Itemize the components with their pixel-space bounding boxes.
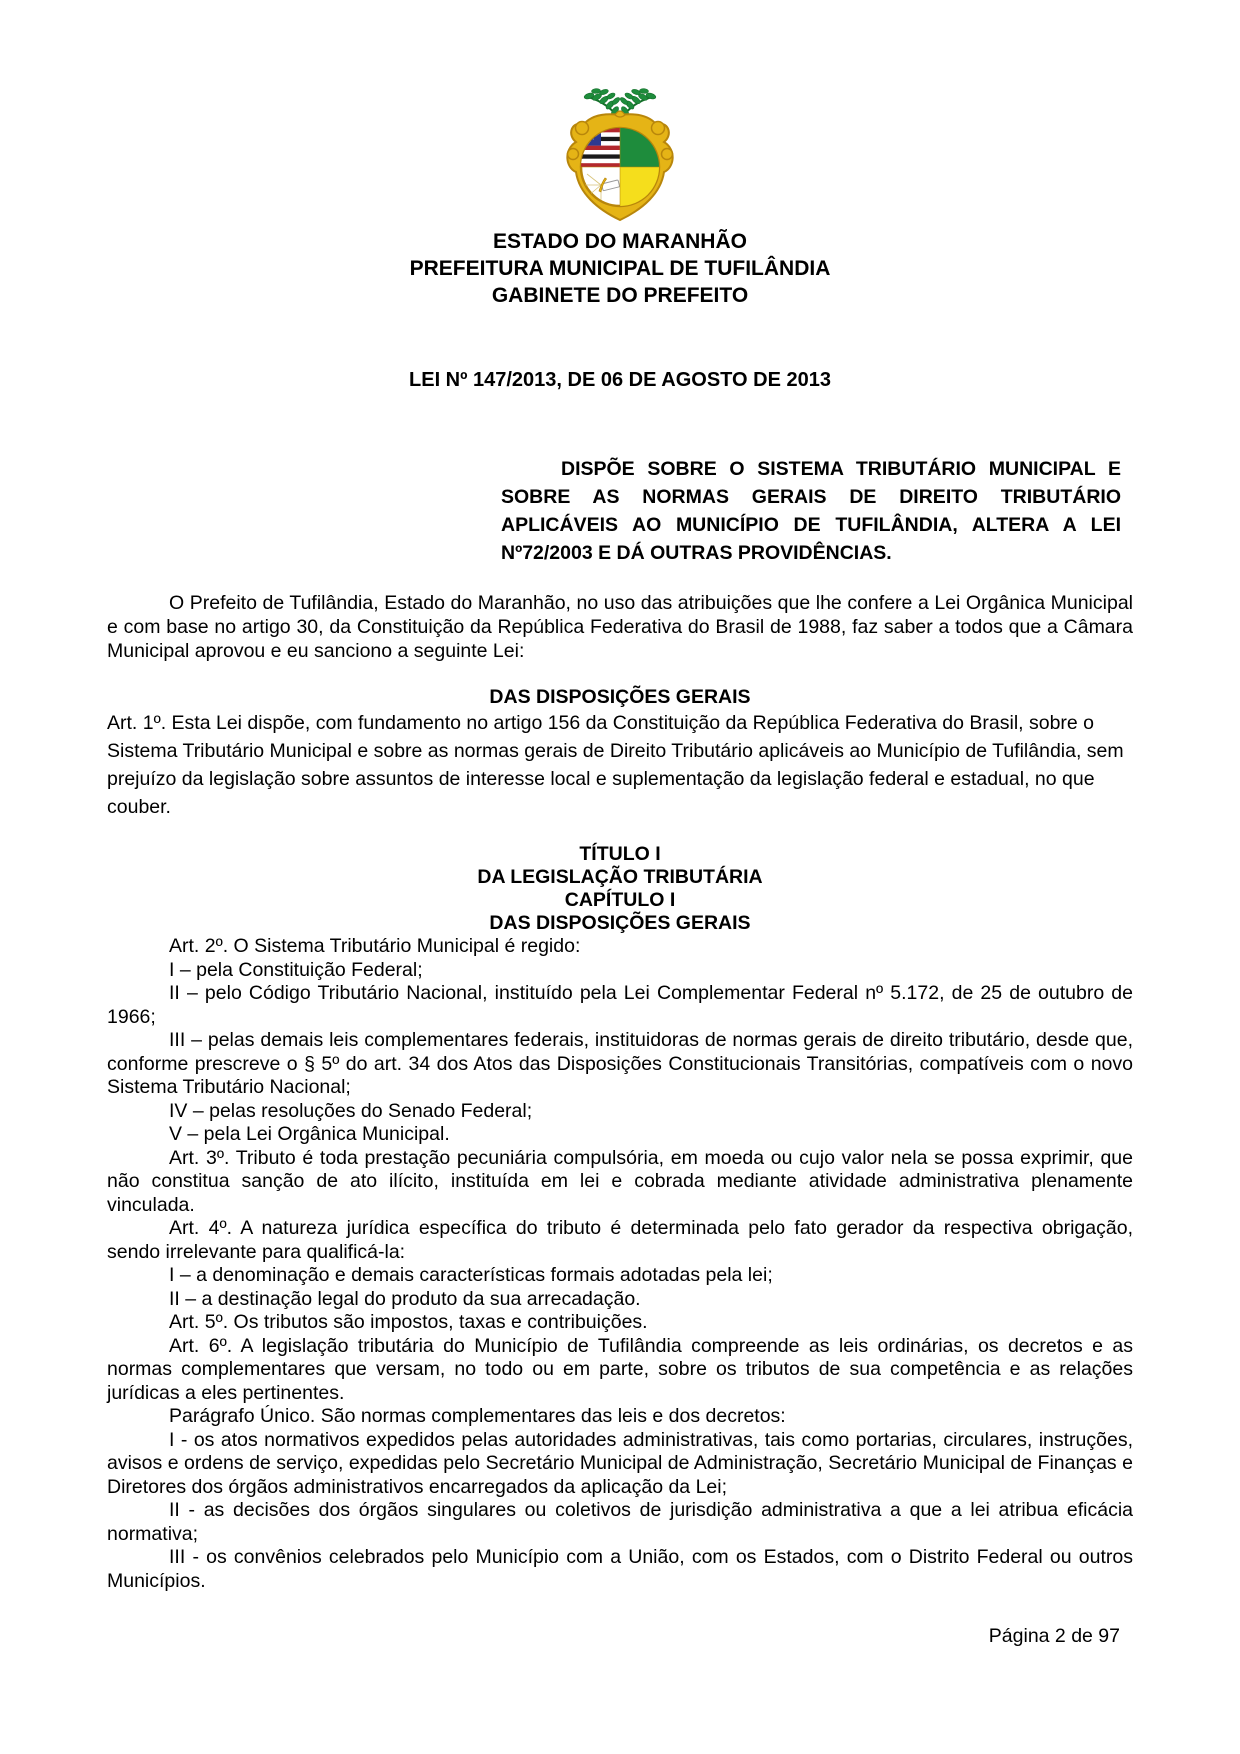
header-office-line: GABINETE DO PREFEITO xyxy=(107,282,1133,309)
document-page: ESTADO DO MARANHÃO PREFEITURA MUNICIPAL … xyxy=(0,0,1240,1754)
header-state-line: ESTADO DO MARANHÃO xyxy=(107,228,1133,255)
article-2: Art. 2º. O Sistema Tributário Municipal … xyxy=(107,935,1133,959)
capitulo-i-heading: CAPÍTULO I xyxy=(107,889,1133,912)
articles-body: Art. 2º. O Sistema Tributário Municipal … xyxy=(107,935,1133,1593)
article-2-item-iv: IV – pelas resoluções do Senado Federal; xyxy=(107,1100,1133,1124)
paragrafo-unico-item-ii: II - as decisões dos órgãos singulares o… xyxy=(107,1499,1133,1546)
header-municipality-line: PREFEITURA MUNICIPAL DE TUFILÂNDIA xyxy=(107,255,1133,282)
maranhao-coat-of-arms-icon xyxy=(555,88,685,222)
article-3: Art. 3º. Tributo é toda prestação pecuni… xyxy=(107,1147,1133,1218)
article-2-item-iii: III – pelas demais leis complementares f… xyxy=(107,1029,1133,1100)
article-6: Art. 6º. A legislação tributária do Muni… xyxy=(107,1335,1133,1406)
article-1: Art. 1º. Esta Lei dispõe, com fundamento… xyxy=(107,709,1133,821)
law-summary: DISPÕE SOBRE O SISTEMA TRIBUTÁRIO MUNICI… xyxy=(501,455,1121,567)
article-2-item-i: I – pela Constituição Federal; xyxy=(107,959,1133,983)
shield-circle xyxy=(581,128,660,207)
government-header: ESTADO DO MARANHÃO PREFEITURA MUNICIPAL … xyxy=(107,228,1133,309)
paragrafo-unico-item-iii: III - os convênios celebrados pelo Munic… xyxy=(107,1546,1133,1593)
titulo-i-subject-heading: DA LEGISLAÇÃO TRIBUTÁRIA xyxy=(107,866,1133,889)
section-heading-disposicoes-gerais-1: DAS DISPOSIÇÕES GERAIS xyxy=(107,685,1133,709)
article-5: Art. 5º. Os tributos são impostos, taxas… xyxy=(107,1311,1133,1335)
title-chapter-headings: TÍTULO I DA LEGISLAÇÃO TRIBUTÁRIA CAPÍTU… xyxy=(107,843,1133,935)
coat-of-arms-svg xyxy=(555,88,685,222)
article-4-item-i: I – a denominação e demais característic… xyxy=(107,1264,1133,1288)
law-title: LEI Nº 147/2013, DE 06 DE AGOSTO DE 2013 xyxy=(107,369,1133,392)
article-2-item-ii: II – pelo Código Tributário Nacional, in… xyxy=(107,982,1133,1029)
paragrafo-unico-item-i: I - os atos normativos expedidos pelas a… xyxy=(107,1429,1133,1500)
section-heading-disposicoes-gerais-2: DAS DISPOSIÇÕES GERAIS xyxy=(107,912,1133,935)
article-2-item-v: V – pela Lei Orgânica Municipal. xyxy=(107,1123,1133,1147)
article-4: Art. 4º. A natureza jurídica específica … xyxy=(107,1217,1133,1264)
titulo-i-heading: TÍTULO I xyxy=(107,843,1133,866)
article-4-item-ii: II – a destinação legal do produto da su… xyxy=(107,1288,1133,1312)
preamble-paragraph: O Prefeito de Tufilândia, Estado do Mara… xyxy=(107,591,1133,663)
page-number: Página 2 de 97 xyxy=(107,1625,1120,1648)
paragrafo-unico: Parágrafo Único. São normas complementar… xyxy=(107,1405,1133,1429)
